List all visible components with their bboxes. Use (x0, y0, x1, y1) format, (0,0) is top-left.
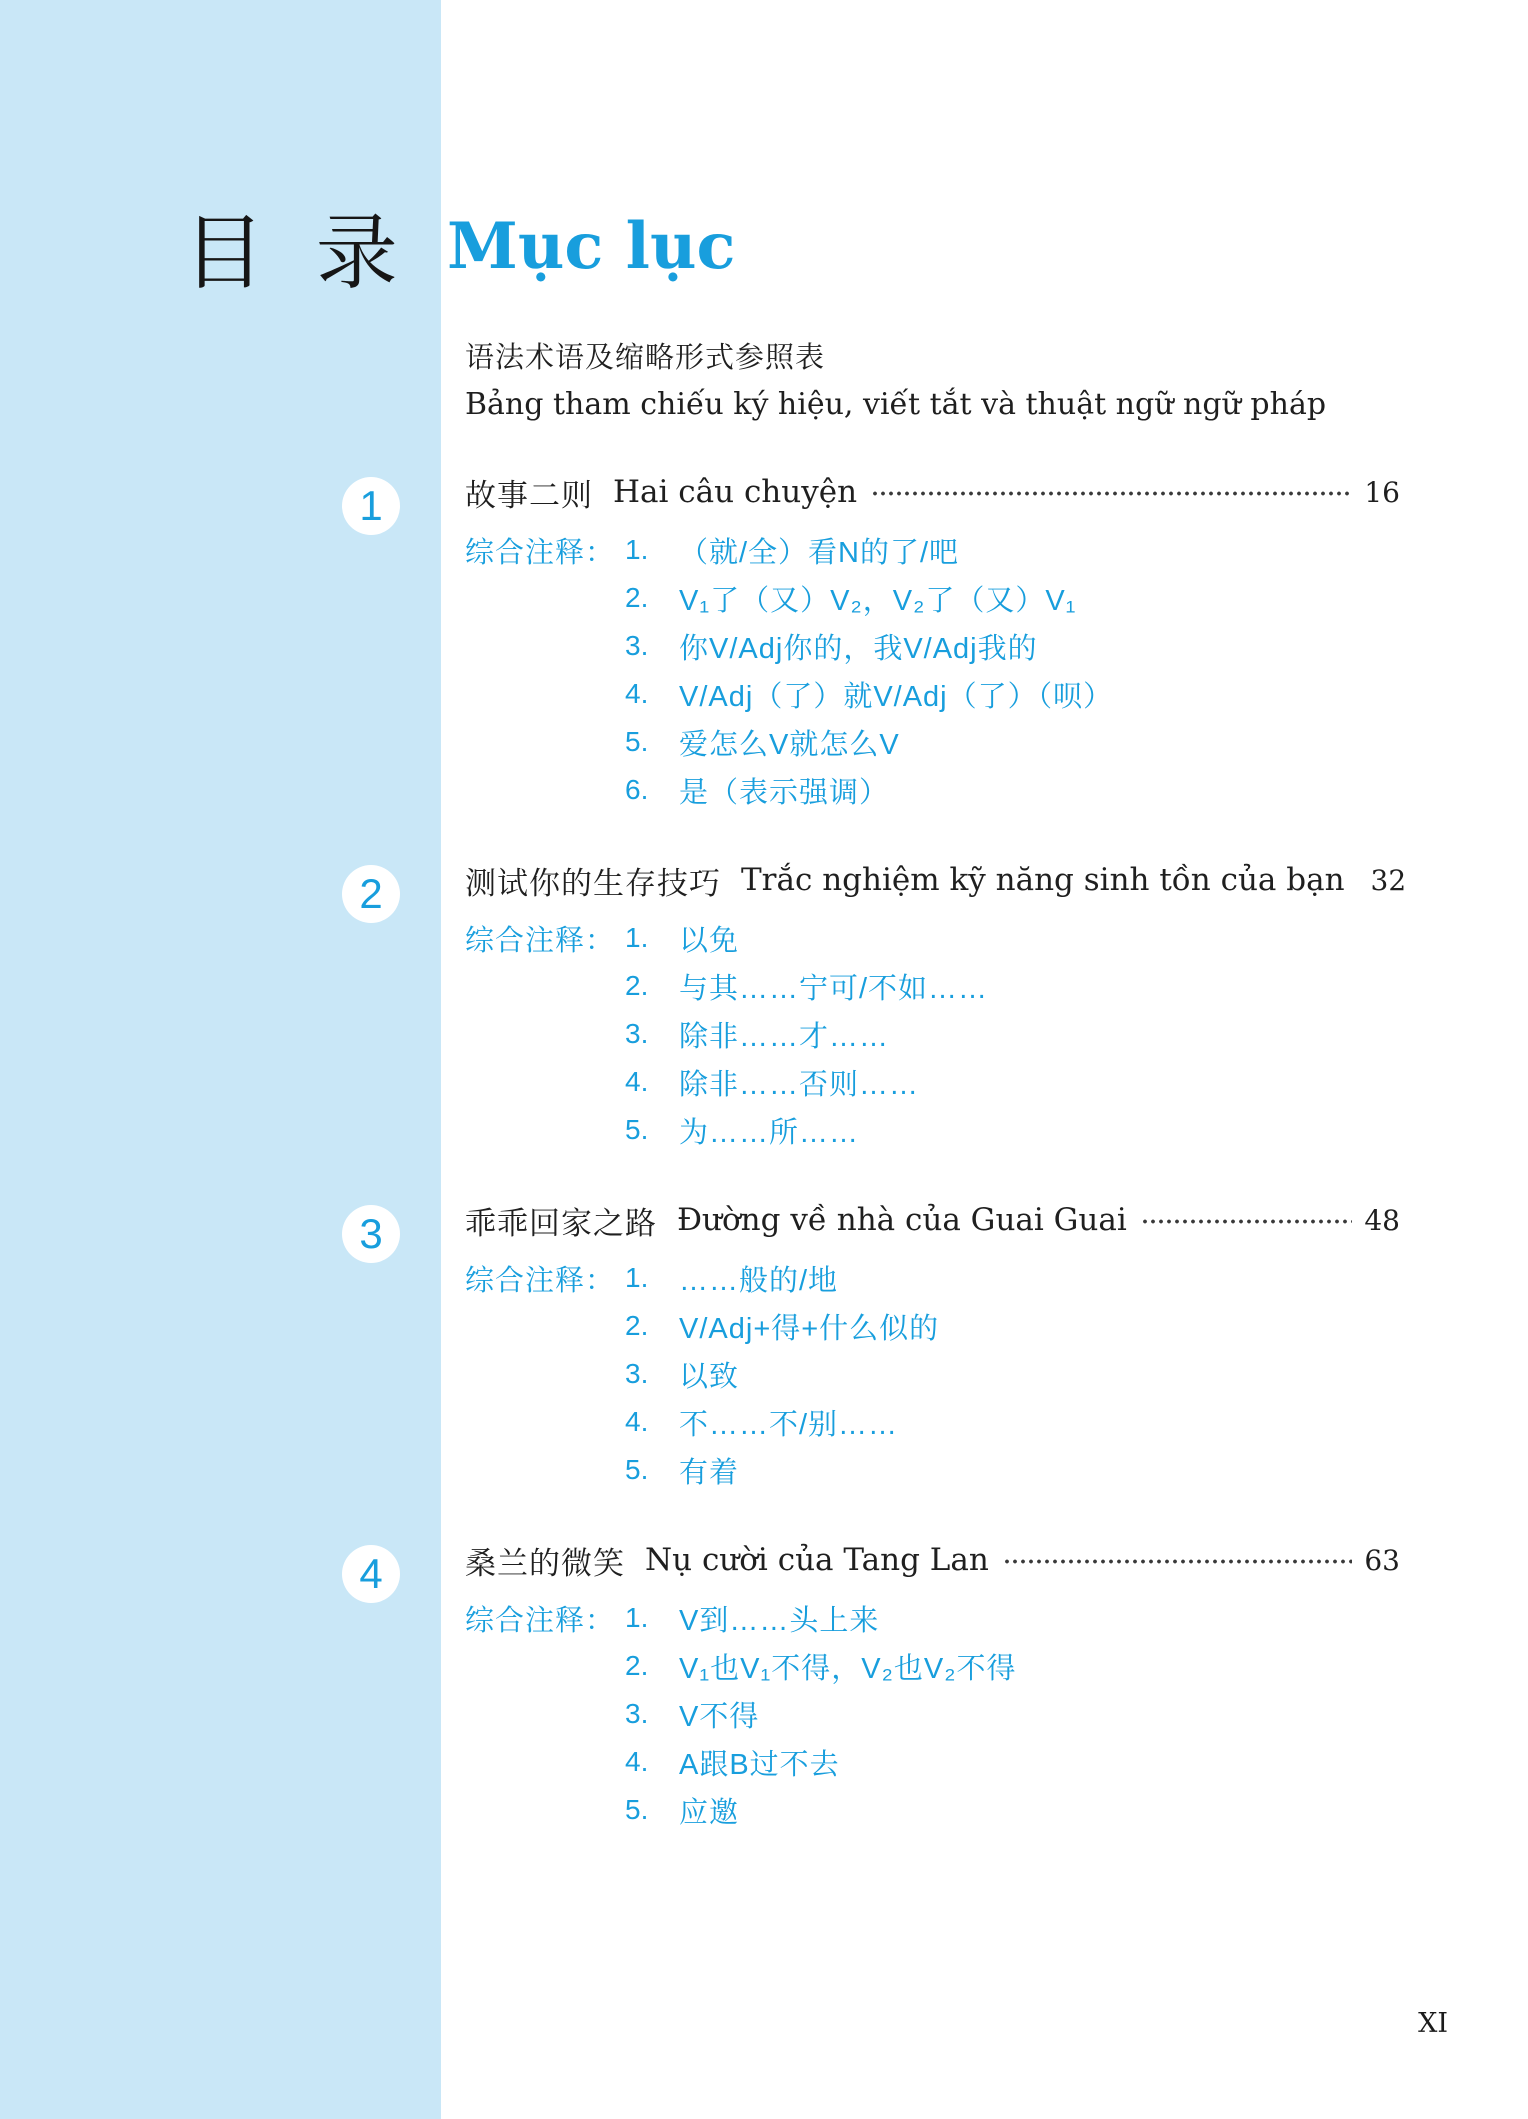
page-title-vietnamese: Mục lục (447, 215, 735, 279)
notes-label: 综合注释： (465, 530, 625, 571)
note-text: 除非……否则…… (679, 1062, 919, 1103)
toc-section: 4 桑兰的微笑 Nụ cười của Tang Lan 63 综合注释： 1.… (465, 1536, 1400, 1834)
section-number: 4 (359, 1553, 382, 1595)
note-number: 3. (625, 1018, 679, 1050)
note-text: 有着 (679, 1450, 739, 1491)
note-text: V₁也V₁不得，V₂也V₂不得 (679, 1646, 1016, 1687)
note-number: 4. (625, 1066, 679, 1098)
section-heading-row: 测试你的生存技巧 Trắc nghiệm kỹ năng sinh tồn củ… (465, 856, 1400, 904)
note-row: 综合注释： 1. 以免 (465, 914, 1400, 962)
note-row: 综合注释： 1. （就/全）看N的了/吧 (465, 526, 1400, 574)
note-text: V/Adj+得+什么似的 (679, 1306, 939, 1347)
section-heading-row: 乖乖回家之路 Đường về nhà của Guai Guai 48 (465, 1196, 1400, 1244)
note-text: 是（表示强调） (679, 770, 889, 811)
section-heading-row: 故事二则 Hai câu chuyện 16 (465, 468, 1400, 516)
section-number-badge: 2 (342, 865, 400, 923)
note-row: 2. 与其……宁可/不如…… (465, 962, 1400, 1010)
toc-sections-list: 1 故事二则 Hai câu chuyện 16 综合注释： 1. （就/全）看… (465, 468, 1400, 1876)
note-number: 4. (625, 1746, 679, 1778)
toc-section: 3 乖乖回家之路 Đường về nhà của Guai Guai 48 综… (465, 1196, 1400, 1494)
toc-section: 1 故事二则 Hai câu chuyện 16 综合注释： 1. （就/全）看… (465, 468, 1400, 814)
notes-label: 综合注释： (465, 1258, 625, 1299)
note-number: 5. (625, 1114, 679, 1146)
note-row: 综合注释： 1. V到……头上来 (465, 1594, 1400, 1642)
note-text: V到……头上来 (679, 1598, 879, 1639)
note-row: 4. V/Adj（了）就V/Adj（了）（呗） (465, 670, 1400, 718)
note-text: （就/全）看N的了/吧 (679, 530, 959, 571)
note-number: 6. (625, 774, 679, 806)
note-number: 1. (625, 922, 679, 954)
toc-section: 2 测试你的生存技巧 Trắc nghiệm kỹ năng sinh tồn … (465, 856, 1400, 1154)
note-number: 5. (625, 726, 679, 758)
section-notes: 综合注释： 1. V到……头上来 2. V₁也V₁不得，V₂也V₂不得 3. V… (465, 1594, 1400, 1834)
section-notes: 综合注释： 1. 以免 2. 与其……宁可/不如…… 3. 除非……才…… 4.… (465, 914, 1400, 1154)
section-title-chinese: 乖乖回家之路 (465, 1198, 657, 1243)
page-title-chinese: 目 录 (183, 213, 412, 295)
dot-leader (871, 489, 1352, 498)
section-page-number: 63 (1364, 1544, 1400, 1577)
section-title-chinese: 故事二则 (465, 470, 593, 515)
note-text: ……般的/地 (679, 1258, 838, 1299)
note-number: 1. (625, 534, 679, 566)
note-text: V₁了（又）V₂，V₂了（又）V₁ (679, 578, 1076, 619)
note-row: 5. 为……所…… (465, 1106, 1400, 1154)
note-number: 2. (625, 970, 679, 1002)
note-row: 5. 有着 (465, 1446, 1400, 1494)
note-text: 为……所…… (679, 1110, 859, 1151)
section-title-chinese: 测试你的生存技巧 (465, 858, 721, 903)
note-row: 4. 除非……否则…… (465, 1058, 1400, 1106)
section-title-chinese: 桑兰的微笑 (465, 1538, 625, 1583)
note-row: 6. 是（表示强调） (465, 766, 1400, 814)
note-number: 5. (625, 1794, 679, 1826)
sidebar-panel (0, 0, 441, 2119)
note-text: A跟B过不去 (679, 1742, 840, 1783)
section-page-number: 32 (1371, 864, 1407, 897)
note-row: 3. V不得 (465, 1690, 1400, 1738)
note-row: 4. 不……不/别…… (465, 1398, 1400, 1446)
note-text: 除非……才…… (679, 1014, 889, 1055)
section-page-number: 16 (1364, 476, 1400, 509)
note-text: V不得 (679, 1694, 759, 1735)
section-title-vietnamese: Đường về nhà của Guai Guai (677, 1202, 1127, 1238)
section-title-vietnamese: Hai câu chuyện (613, 474, 857, 510)
section-notes: 综合注释： 1. （就/全）看N的了/吧 2. V₁了（又）V₂，V₂了（又）V… (465, 526, 1400, 814)
note-row: 3. 以致 (465, 1350, 1400, 1398)
note-row: 综合注释： 1. ……般的/地 (465, 1254, 1400, 1302)
notes-label: 综合注释： (465, 1598, 625, 1639)
note-row: 2. V₁了（又）V₂，V₂了（又）V₁ (465, 574, 1400, 622)
note-number: 3. (625, 630, 679, 662)
section-title-vietnamese: Nụ cười của Tang Lan (645, 1542, 989, 1578)
section-heading-row: 桑兰的微笑 Nụ cười của Tang Lan 63 (465, 1536, 1400, 1584)
note-row: 5. 爱怎么V就怎么V (465, 718, 1400, 766)
section-page-number: 48 (1364, 1204, 1400, 1237)
dot-leader (1141, 1217, 1353, 1226)
note-row: 4. A跟B过不去 (465, 1738, 1400, 1786)
intro-block: 语法术语及缩略形式参照表 Bảng tham chiếu ký hiệu, vi… (465, 336, 1326, 430)
note-text: 爱怎么V就怎么V (679, 722, 900, 763)
intro-line-chinese: 语法术语及缩略形式参照表 (465, 336, 1326, 380)
note-row: 2. V₁也V₁不得，V₂也V₂不得 (465, 1642, 1400, 1690)
note-row: 5. 应邀 (465, 1786, 1400, 1834)
note-row: 2. V/Adj+得+什么似的 (465, 1302, 1400, 1350)
note-number: 2. (625, 1650, 679, 1682)
section-title-vietnamese: Trắc nghiệm kỹ năng sinh tồn của bạn (741, 862, 1345, 898)
intro-line-vietnamese: Bảng tham chiếu ký hiệu, viết tắt và thu… (465, 380, 1326, 430)
note-number: 5. (625, 1454, 679, 1486)
note-text: 以免 (679, 918, 739, 959)
note-text: 应邀 (679, 1790, 739, 1831)
note-row: 3. 除非……才…… (465, 1010, 1400, 1058)
note-number: 2. (625, 1310, 679, 1342)
note-text: 与其……宁可/不如…… (679, 966, 988, 1007)
note-text: 以致 (679, 1354, 739, 1395)
note-number: 1. (625, 1602, 679, 1634)
section-number-badge: 1 (342, 477, 400, 535)
section-number: 1 (359, 485, 382, 527)
section-number: 2 (359, 873, 382, 915)
note-number: 3. (625, 1698, 679, 1730)
note-text: 你V/Adj你的，我V/Adj我的 (679, 626, 1038, 667)
note-text: V/Adj（了）就V/Adj（了）（呗） (679, 674, 1113, 715)
folio-page-number: XI (1418, 2008, 1448, 2039)
note-row: 3. 你V/Adj你的，我V/Adj我的 (465, 622, 1400, 670)
note-number: 4. (625, 1406, 679, 1438)
note-number: 3. (625, 1358, 679, 1390)
note-number: 2. (625, 582, 679, 614)
section-number-badge: 3 (342, 1205, 400, 1263)
section-number-badge: 4 (342, 1545, 400, 1603)
note-number: 1. (625, 1262, 679, 1294)
note-text: 不……不/别…… (679, 1402, 898, 1443)
section-number: 3 (359, 1213, 382, 1255)
section-notes: 综合注释： 1. ……般的/地 2. V/Adj+得+什么似的 3. 以致 4.… (465, 1254, 1400, 1494)
dot-leader (1003, 1557, 1353, 1566)
note-number: 4. (625, 678, 679, 710)
notes-label: 综合注释： (465, 918, 625, 959)
